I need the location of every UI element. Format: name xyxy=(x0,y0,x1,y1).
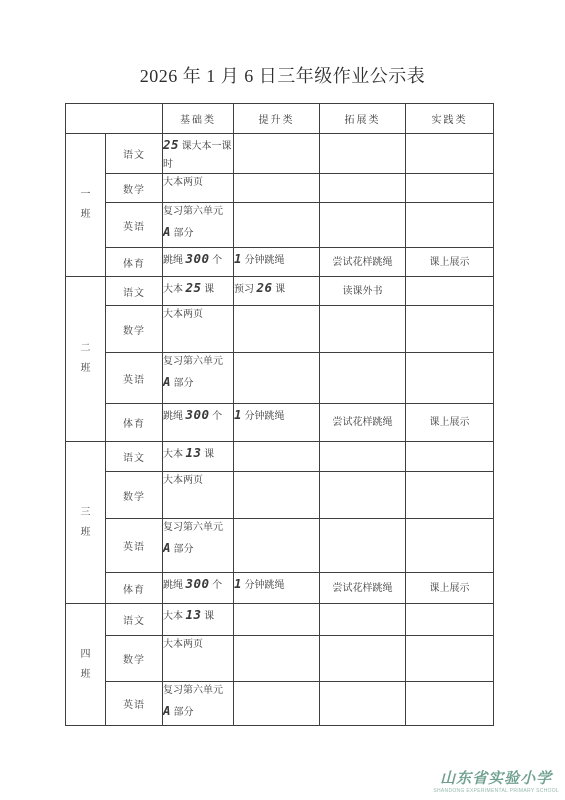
table-row: 数学大本两页 xyxy=(66,174,494,203)
homework-cell: 尝试花样跳绳 xyxy=(320,404,406,442)
homework-cell xyxy=(406,174,494,203)
homework-cell xyxy=(234,306,320,353)
homework-cell: 大本 13 课 xyxy=(163,604,234,636)
homework-cell xyxy=(234,472,320,519)
homework-cell: 复习第六单元 A 部分 xyxy=(163,519,234,573)
homework-cell xyxy=(406,134,494,174)
homework-cell: 预习 26 课 xyxy=(234,277,320,306)
handwritten-text: 300 xyxy=(186,407,210,422)
subject-label: 数学 xyxy=(106,636,163,682)
handwritten-text: 13 xyxy=(186,607,202,622)
subject-label: 语文 xyxy=(106,442,163,472)
column-header: 拓展类 xyxy=(320,104,406,134)
homework-cell: 课上展示 xyxy=(406,248,494,277)
subject-label: 英语 xyxy=(106,353,163,404)
homework-cell: 25 课大本一课时 xyxy=(163,134,234,174)
homework-cell: 1 分钟跳绳 xyxy=(234,404,320,442)
homework-cell xyxy=(320,682,406,726)
header-row: 基础类提升类拓展类实践类 xyxy=(66,104,494,134)
homework-cell: 大本两页 xyxy=(163,174,234,203)
homework-cell xyxy=(320,203,406,248)
homework-cell xyxy=(406,353,494,404)
handwritten-text: 300 xyxy=(186,576,210,591)
homework-cell: 大本 25 课 xyxy=(163,277,234,306)
homework-cell xyxy=(234,442,320,472)
homework-cell: 尝试花样跳绳 xyxy=(320,248,406,277)
table-row: 体育跳绳 300 个1 分钟跳绳尝试花样跳绳课上展示 xyxy=(66,404,494,442)
homework-cell: 复习第六单元 A 部分 xyxy=(163,353,234,404)
homework-cell: 跳绳 300 个 xyxy=(163,573,234,604)
homework-cell xyxy=(234,174,320,203)
table-row: 英语复习第六单元 A 部分 xyxy=(66,519,494,573)
homework-cell xyxy=(234,682,320,726)
homework-cell xyxy=(320,306,406,353)
subject-label: 语文 xyxy=(106,134,163,174)
table-row: 三班语文大本 13 课 xyxy=(66,442,494,472)
homework-cell xyxy=(406,306,494,353)
subject-label: 体育 xyxy=(106,573,163,604)
school-logo-en-text: SHANDONG EXPERIMENTAL PRIMARY SCHOOL xyxy=(433,789,559,795)
school-logo-cn-text: 山东省实验小学 xyxy=(433,771,559,788)
handwritten-text: 25 xyxy=(186,280,202,295)
homework-cell xyxy=(234,636,320,682)
homework-cell xyxy=(406,636,494,682)
homework-cell xyxy=(320,636,406,682)
homework-cell xyxy=(234,353,320,404)
homework-cell: 复习第六单元 A 部分 xyxy=(163,203,234,248)
homework-cell: 课上展示 xyxy=(406,573,494,604)
class-label: 三班 xyxy=(66,442,106,604)
school-logo: 山东省实验小学 SHANDONG EXPERIMENTAL PRIMARY SC… xyxy=(433,771,559,794)
handwritten-text: 1 xyxy=(234,576,242,591)
homework-cell: 大本 13 课 xyxy=(163,442,234,472)
homework-cell xyxy=(406,604,494,636)
table-row: 二班语文大本 25 课预习 26 课读课外书 xyxy=(66,277,494,306)
handwritten-text: 1 xyxy=(234,251,242,266)
subject-label: 语文 xyxy=(106,604,163,636)
table-row: 英语复习第六单元 A 部分 xyxy=(66,203,494,248)
handwritten-text: A xyxy=(163,374,171,389)
homework-cell: 大本两页 xyxy=(163,472,234,519)
subject-label: 数学 xyxy=(106,174,163,203)
homework-cell xyxy=(406,519,494,573)
table-row: 数学大本两页 xyxy=(66,472,494,519)
homework-cell: 跳绳 300 个 xyxy=(163,248,234,277)
homework-cell: 读课外书 xyxy=(320,277,406,306)
column-header: 实践类 xyxy=(406,104,494,134)
class-label: 四班 xyxy=(66,604,106,726)
homework-cell xyxy=(320,604,406,636)
handwritten-text: A xyxy=(163,540,171,555)
table-row: 四班语文大本 13 课 xyxy=(66,604,494,636)
table-body: 一班语文25 课大本一课时数学大本两页英语复习第六单元 A 部分体育跳绳 300… xyxy=(66,134,494,726)
homework-cell: 跳绳 300 个 xyxy=(163,404,234,442)
homework-cell: 课上展示 xyxy=(406,404,494,442)
homework-cell xyxy=(320,353,406,404)
homework-cell xyxy=(320,519,406,573)
page-title: 2026 年 1 月 6 日三年级作业公示表 xyxy=(0,62,565,88)
table-row: 英语复习第六单元 A 部分 xyxy=(66,682,494,726)
handwritten-text: 13 xyxy=(186,445,202,460)
homework-cell xyxy=(234,519,320,573)
homework-cell xyxy=(406,203,494,248)
homework-cell: 1 分钟跳绳 xyxy=(234,248,320,277)
homework-cell: 大本两页 xyxy=(163,306,234,353)
handwritten-text: 1 xyxy=(234,407,242,422)
table-row: 英语复习第六单元 A 部分 xyxy=(66,353,494,404)
homework-cell xyxy=(320,442,406,472)
handwritten-text: A xyxy=(163,224,171,239)
handwritten-text: A xyxy=(163,703,171,718)
handwritten-text: 26 xyxy=(257,280,273,295)
table-header: 基础类提升类拓展类实践类 xyxy=(66,104,494,134)
homework-cell xyxy=(320,174,406,203)
homework-cell xyxy=(406,277,494,306)
homework-cell: 尝试花样跳绳 xyxy=(320,573,406,604)
homework-table: 基础类提升类拓展类实践类 一班语文25 课大本一课时数学大本两页英语复习第六单元… xyxy=(65,103,494,726)
table-row: 体育跳绳 300 个1 分钟跳绳尝试花样跳绳课上展示 xyxy=(66,573,494,604)
subject-label: 语文 xyxy=(106,277,163,306)
class-label: 二班 xyxy=(66,277,106,442)
homework-cell xyxy=(320,134,406,174)
table-corner-cell xyxy=(66,104,163,134)
homework-cell: 复习第六单元 A 部分 xyxy=(163,682,234,726)
column-header: 提升类 xyxy=(234,104,320,134)
homework-cell xyxy=(234,203,320,248)
homework-cell xyxy=(320,472,406,519)
homework-cell: 大本两页 xyxy=(163,636,234,682)
homework-cell xyxy=(234,604,320,636)
subject-label: 数学 xyxy=(106,306,163,353)
subject-label: 体育 xyxy=(106,404,163,442)
subject-label: 英语 xyxy=(106,519,163,573)
handwritten-text: 25 xyxy=(163,137,179,152)
table-row: 数学大本两页 xyxy=(66,306,494,353)
class-label: 一班 xyxy=(66,134,106,277)
table-row: 一班语文25 课大本一课时 xyxy=(66,134,494,174)
column-header: 基础类 xyxy=(163,104,234,134)
subject-label: 数学 xyxy=(106,472,163,519)
subject-label: 英语 xyxy=(106,682,163,726)
subject-label: 英语 xyxy=(106,203,163,248)
homework-cell xyxy=(406,682,494,726)
document-page: 2026 年 1 月 6 日三年级作业公示表 基础类提升类拓展类实践类 一班语文… xyxy=(0,0,565,800)
homework-cell: 1 分钟跳绳 xyxy=(234,573,320,604)
homework-cell xyxy=(406,472,494,519)
handwritten-text: 300 xyxy=(186,251,210,266)
homework-cell xyxy=(406,442,494,472)
subject-label: 体育 xyxy=(106,248,163,277)
table-row: 数学大本两页 xyxy=(66,636,494,682)
table-row: 体育跳绳 300 个1 分钟跳绳尝试花样跳绳课上展示 xyxy=(66,248,494,277)
homework-cell xyxy=(234,134,320,174)
